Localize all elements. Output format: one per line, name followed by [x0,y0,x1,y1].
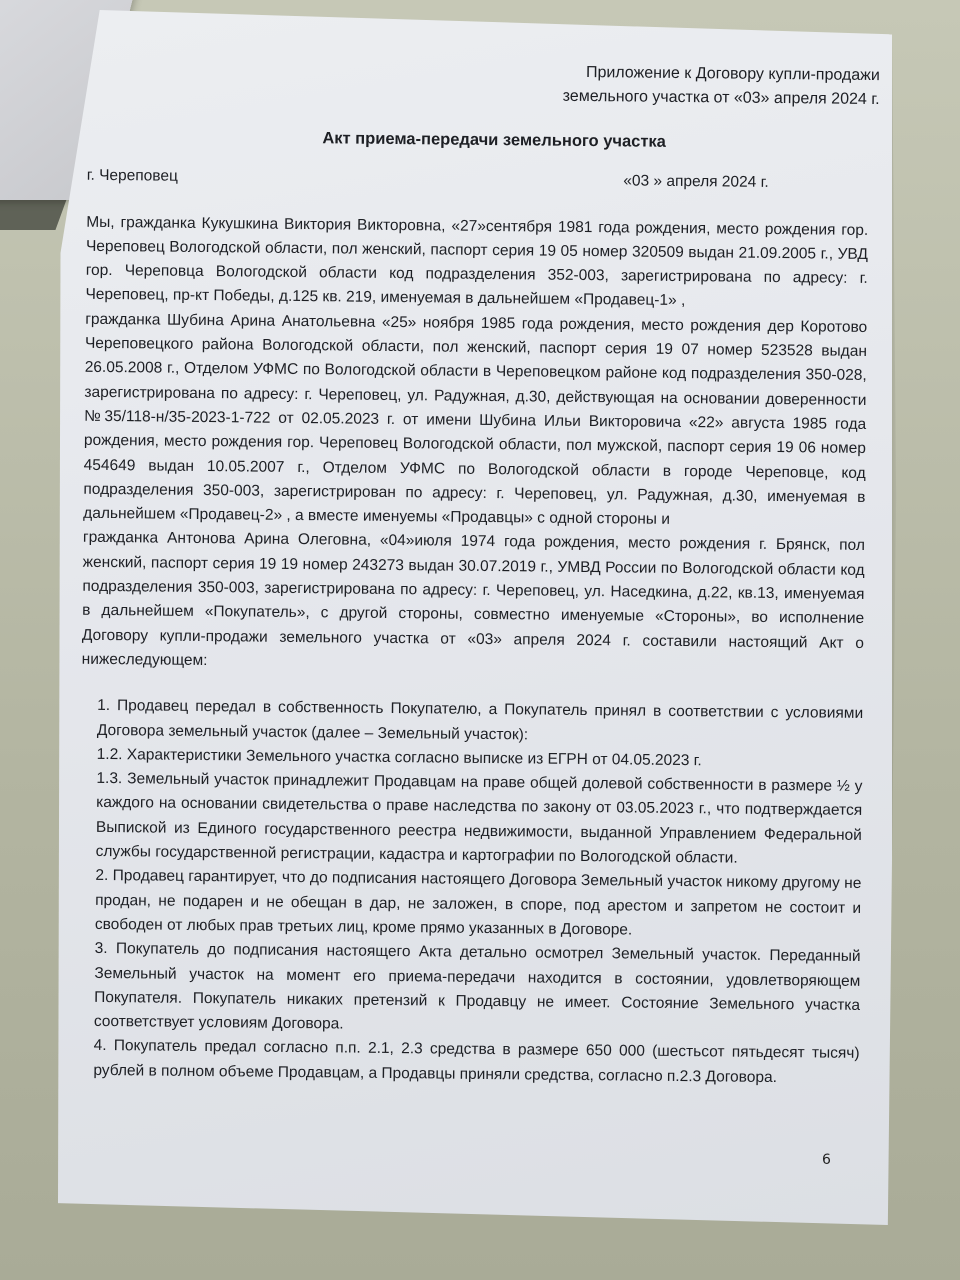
party-seller-2: гражданка Шубина Арина Анатольевна «25» … [83,308,867,535]
page-number: 6 [822,1152,831,1168]
clause-1: 1. Продавец передал в собственность Поку… [97,694,863,751]
clause-2: 2. Продавец гарантирует, что до подписан… [95,864,862,945]
clause-4: 4. Покупатель предал согласно п.п. 2.1, … [93,1034,859,1091]
document-body: Приложение к Договору купли-продажи земе… [99,56,870,1091]
city: г. Череповец [87,164,178,189]
clause-1-3: 1.3. Земельный участок принадлежит Прода… [96,767,863,872]
document-date: «03 » апреля 2024 г. [623,170,769,196]
clauses-list: 1. Продавец передал в собственность Поку… [93,694,863,1091]
party-seller-1: Мы, гражданка Кукушкина Виктория Викторо… [85,210,868,315]
clause-3: 3. Покупатель до подписания настоящего А… [94,937,861,1042]
document-title: Акт приема-передачи земельного участка [119,124,869,156]
place-date-row: г. Череповец «03 » апреля 2024 г. [87,164,869,196]
appendix-note: Приложение к Договору купли-продажи земе… [109,56,879,112]
party-buyer: гражданка Антонова Арина Олеговна, «04»и… [82,526,865,680]
